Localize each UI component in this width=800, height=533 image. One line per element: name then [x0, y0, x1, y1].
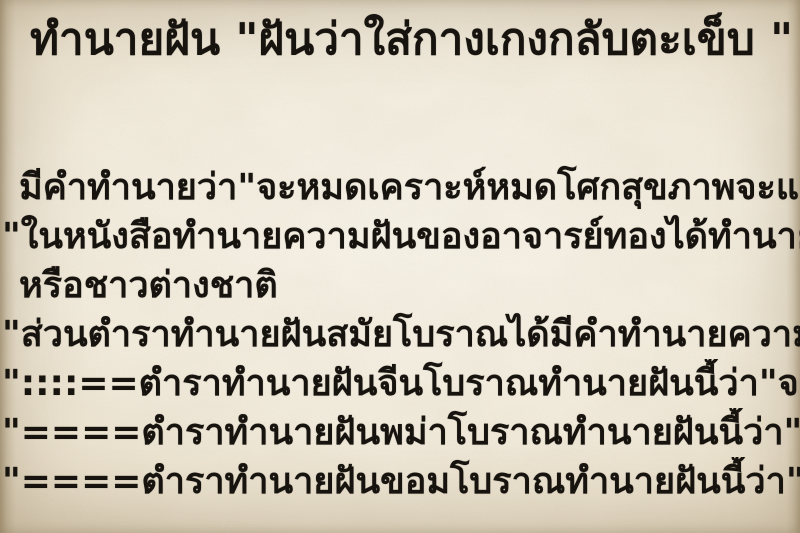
- prediction-text-block: มีคำทำนายว่า"จะหมดเคราะห์หมดโศกสุขภาพจะแ…: [2, 163, 800, 506]
- prediction-line: มีคำทำนายว่า"จะหมดเคราะห์หมดโศกสุขภาพจะแ…: [2, 163, 800, 212]
- prediction-line: "====ตำราทำนายฝันขอมโบราณทำนายฝันนี้ว่า"…: [2, 457, 800, 506]
- prediction-line: "====ตำราทำนายฝันพม่าโบราณทำนายฝันนี้ว่า…: [2, 408, 800, 457]
- prediction-line: "ส่วนตำราทำนายฝันสมัยโบราณได้มีคำทำนายคว…: [2, 310, 800, 359]
- prediction-line: "ในหนังสือทำนายความฝันของอาจารย์ทองได้ทำ…: [2, 212, 800, 261]
- paper-page: ทำนายฝัน "ฝันว่าใส่กางเกงกลับตะเข็บ " มี…: [0, 0, 800, 533]
- prediction-line: หรือชาวต่างชาติ: [2, 261, 800, 310]
- prediction-line: "::::==ตำราทำนายฝันจีนโบราณทำนายฝันนี้ว่…: [2, 359, 800, 408]
- page-title: ทำนายฝัน "ฝันว่าใส่กางเกงกลับตะเข็บ ": [30, 12, 800, 67]
